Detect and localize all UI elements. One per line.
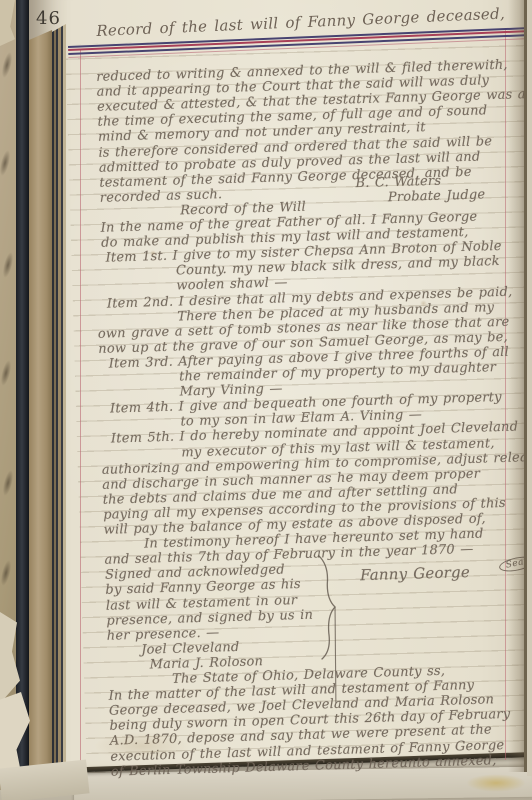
bleedthrough-mark [0,559,13,586]
judge-title: Probate Judge [388,187,486,205]
testator-signature: Fanny George [360,563,470,584]
adjacent-page-sliver [527,0,532,776]
paper-stain [94,732,190,760]
page-number: 46 [36,8,61,29]
handwriting-layer: reduced to writing & annexed to the will… [90,57,532,781]
bleedthrough-mark [1,251,15,278]
foxing-spot [420,300,427,307]
binding-dark-edge [16,0,29,790]
foxing-spot [150,250,156,256]
bleedthrough-mark [1,469,15,496]
bleedthrough-mark [0,149,12,176]
bleedthrough-mark [0,51,14,78]
page-right-shade [508,0,524,772]
bleedthrough-mark [0,359,13,386]
bottom-right-stain [466,774,526,792]
binding-edge-lines [52,0,66,788]
foxing-spot [455,445,460,450]
ledger-photo: 46 Record of the last will of Fanny Geor… [0,0,532,800]
binding-page-stack [29,0,52,788]
left-margin-line [80,50,81,766]
